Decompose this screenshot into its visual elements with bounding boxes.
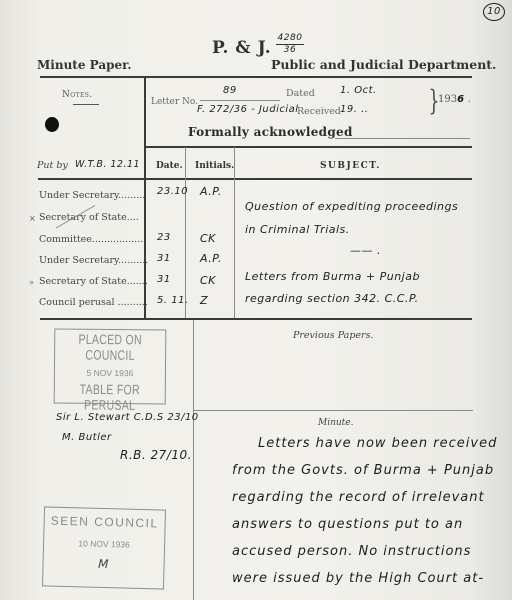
table-row-label: Secretary of State....... bbox=[39, 276, 148, 287]
seen-council-stamp: SEEN COUNCIL 10 NOV 1936 M bbox=[42, 506, 166, 589]
notes-underline bbox=[73, 104, 99, 105]
put-by-label: Put by bbox=[37, 160, 68, 171]
subject-line: Question of expediting proceedings bbox=[245, 200, 458, 213]
file-number-top: 4280 bbox=[276, 33, 304, 45]
table-row-date: 23 bbox=[157, 232, 171, 243]
year: 1936 . bbox=[438, 94, 471, 105]
row-mark: × bbox=[29, 214, 36, 223]
minute-line: answers to questions put to an bbox=[232, 517, 463, 532]
stamp-date: 10 NOV 1936 bbox=[44, 537, 164, 550]
stamp-date: 5 NOV 1936 bbox=[55, 368, 165, 379]
notes-label: Notes. bbox=[62, 90, 93, 100]
handwritten-note: R.B. 27/10. bbox=[120, 448, 192, 462]
punch-hole bbox=[45, 117, 59, 132]
placed-on-council-stamp: PLACED ON COUNCIL 5 NOV 1936 TABLE FOR P… bbox=[54, 329, 167, 405]
subject-separator: —— . bbox=[350, 244, 381, 257]
table-row-label: Secretary of State.... bbox=[39, 212, 139, 223]
stamp-line: SEEN COUNCIL bbox=[45, 513, 165, 530]
subject-line: regarding section 342. C.C.P. bbox=[245, 292, 419, 305]
letter-no-rule bbox=[200, 100, 280, 101]
table-row-date: 5. 11. bbox=[157, 295, 189, 306]
table-row-date: 23.10 bbox=[157, 186, 188, 197]
previous-papers-label: Previous Papers. bbox=[293, 330, 373, 341]
table-header-rule bbox=[38, 178, 472, 180]
table-row-label: Council perusal .......... bbox=[39, 297, 148, 308]
year-handwritten: 6 bbox=[457, 94, 464, 105]
subject-column-header: SUBJECT. bbox=[320, 161, 381, 171]
table-row-label: Under Secretary......... bbox=[39, 190, 145, 201]
form-title: Minute Paper. bbox=[37, 58, 132, 72]
stamp-line: TABLE FOR PERUSAL bbox=[55, 382, 165, 414]
minute-left-divider bbox=[193, 320, 194, 600]
row-mark: » bbox=[29, 278, 34, 287]
letter-reference: F. 272/36 - Judicial bbox=[197, 104, 299, 115]
received-value: 19. .. bbox=[340, 104, 368, 115]
folio-number: 10 bbox=[483, 3, 505, 21]
handwritten-note: Sir L. Stewart C.D.S 23/10 bbox=[56, 412, 199, 423]
header-rule bbox=[40, 76, 472, 78]
file-number: 4280 36 bbox=[276, 33, 304, 56]
letter-block-bottom-rule bbox=[144, 146, 472, 148]
table-row-initials: A.P. bbox=[200, 185, 222, 198]
received-label: Received bbox=[297, 106, 341, 117]
date-column-header: Date. bbox=[156, 161, 183, 171]
minute-line: Letters have now been received bbox=[258, 436, 497, 451]
table-row-initials: Z bbox=[200, 294, 208, 307]
minute-label: Minute. bbox=[318, 418, 354, 428]
subject-line: Letters from Burma + Punjab bbox=[245, 270, 420, 283]
table-row-initials: A.P. bbox=[200, 252, 222, 265]
year-printed: 193 bbox=[438, 94, 457, 105]
acknowledged-label: Formally acknowledged bbox=[188, 125, 353, 139]
subject-line: in Criminal Trials. bbox=[245, 223, 350, 236]
minute-line: were issued by the High Court at- bbox=[232, 571, 484, 586]
table-row-date: 31 bbox=[157, 253, 171, 264]
department-code: P. & J. bbox=[212, 38, 271, 58]
initials-column-divider bbox=[234, 147, 235, 319]
dated-value: 1. Oct. bbox=[340, 85, 377, 96]
file-number-bottom: 36 bbox=[284, 45, 296, 55]
handwritten-note: M. Butler bbox=[62, 432, 112, 443]
minute-line: accused person. No instructions bbox=[232, 544, 471, 559]
initials-column-header: Initials. bbox=[195, 161, 234, 171]
table-bottom-rule bbox=[40, 318, 472, 320]
table-row-label: Committee.................. bbox=[39, 234, 146, 245]
letter-no-value: 89 bbox=[223, 85, 237, 96]
table-row-date: 31 bbox=[157, 274, 171, 285]
stamp-initials: M bbox=[43, 555, 163, 572]
minute-line: regarding the record of irrelevant bbox=[232, 490, 485, 505]
acknowledged-rule bbox=[335, 138, 470, 139]
previous-papers-bottom-rule bbox=[193, 410, 473, 411]
table-row-initials: CK bbox=[200, 274, 216, 287]
date-column-divider bbox=[185, 147, 186, 319]
dated-label: Dated bbox=[286, 88, 315, 99]
table-row-label: Under Secretary.......... bbox=[39, 255, 148, 266]
put-by-value: W.T.B. 12.11 bbox=[75, 159, 140, 170]
letter-no-label: Letter No. bbox=[151, 97, 198, 107]
minute-line: from the Govts. of Burma + Punjab bbox=[232, 463, 494, 478]
minute-paper-page: 10 P. & J. 4280 36 Minute Paper. Public … bbox=[0, 0, 512, 600]
stamp-line: PLACED ON COUNCIL bbox=[55, 332, 165, 364]
table-row-initials: CK bbox=[200, 232, 216, 245]
department-name: Public and Judicial Department. bbox=[271, 57, 496, 72]
